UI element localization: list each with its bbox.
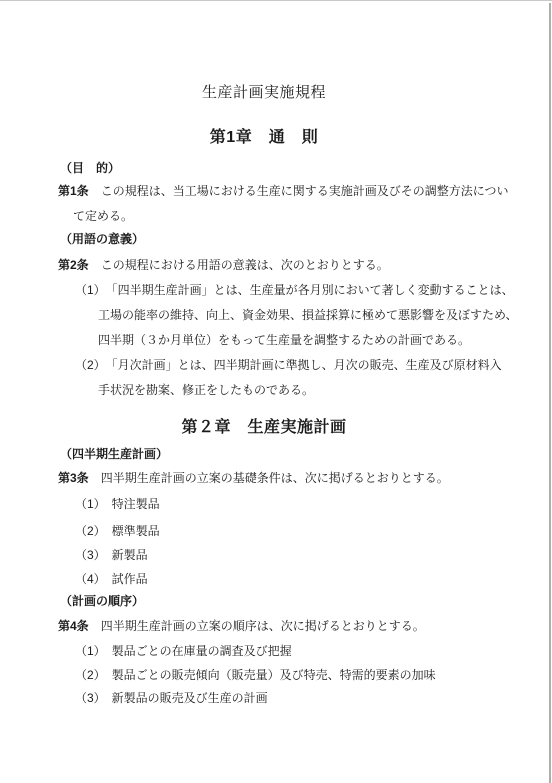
document-page: 生産計画実施規程第1章 通 則（目 的）第1条 この規程は、当工場における生産に… <box>0 0 552 783</box>
line-text: （1） 特注製品 <box>75 497 160 511</box>
item-line: （1） 製品ごとの在庫量の調査及び把握 <box>75 644 292 659</box>
section-label: （計画の順序） <box>60 594 144 609</box>
chapter-heading: 第２章 生産実施計画 <box>0 420 528 435</box>
line-text: 手状況を勘案、修正をしたものである。 <box>98 383 314 397</box>
item-line: （2） 標準製品 <box>75 524 160 539</box>
line-text: （計画の順序） <box>60 594 144 608</box>
page-right-edge <box>549 3 551 783</box>
article-number: 第2条 <box>58 258 89 272</box>
line-text: （2） 製品ごとの販売傾向（販売量）及び特売、特需的要素の加味 <box>75 668 436 682</box>
article-number: 第1条 <box>58 184 89 198</box>
item-line: （3） 新製品の販売及び生産の計画 <box>75 691 268 706</box>
continuation-line: て定める。 <box>73 209 133 224</box>
line-text: （4） 試作品 <box>75 572 148 586</box>
line-text: （1） 「四半期生産計画」とは、生産量が各月別において著しく変動することは、 <box>75 283 514 297</box>
continuation-line: 四半期（３か月単位）をもって生産量を調整するための計画である。 <box>98 333 470 348</box>
article-number: 第3条 <box>58 471 89 485</box>
article-line: 第2条 この規程における用語の意義は、次のとおりとする。 <box>58 258 389 273</box>
item-line: （2） 製品ごとの販売傾向（販売量）及び特売、特需的要素の加味 <box>75 668 436 683</box>
line-text: て定める。 <box>73 209 133 223</box>
chapter-heading: 第1章 通 則 <box>0 130 528 145</box>
article-number: 第4条 <box>58 619 89 633</box>
section-label: （用語の意義） <box>60 232 144 247</box>
continuation-line: 手状況を勘案、修正をしたものである。 <box>98 383 314 398</box>
page-top-edge <box>0 0 552 1</box>
line-text: 第1章 通 則 <box>210 129 318 146</box>
section-label: （目 的） <box>60 161 120 176</box>
item-line: （1） 特注製品 <box>75 497 160 512</box>
line-text: （用語の意義） <box>60 232 144 246</box>
item-line: （4） 試作品 <box>75 572 148 587</box>
line-text: この規程における用語の意義は、次のとおりとする。 <box>89 258 389 272</box>
line-text: （2） 標準製品 <box>75 524 160 538</box>
continuation-line: 工場の能率の維持、向上、資金効果、損益採算に極めて悪影響を及ぼすため、 <box>98 308 518 323</box>
line-text: （目 的） <box>60 161 120 175</box>
line-text: 工場の能率の維持、向上、資金効果、損益採算に極めて悪影響を及ぼすため、 <box>98 308 518 322</box>
item-line: （2） 「月次計画」とは、四半期計画に準拠し、月次の販売、生産及び原材料入 <box>75 358 502 373</box>
article-line: 第3条 四半期生産計画の立案の基礎条件は、次に掲げるとおりとする。 <box>58 471 449 486</box>
item-line: （1） 「四半期生産計画」とは、生産量が各月別において著しく変動することは、 <box>75 283 514 298</box>
line-text: （1） 製品ごとの在庫量の調査及び把握 <box>75 644 292 658</box>
line-text: 第２章 生産実施計画 <box>181 419 346 436</box>
article-line: 第4条 四半期生産計画の立案の順序は、次に掲げるとおりとする。 <box>58 619 425 634</box>
line-text: 四半期（３か月単位）をもって生産量を調整するための計画である。 <box>98 333 470 347</box>
line-text: （3） 新製品 <box>75 548 148 562</box>
section-label: （四半期生産計画） <box>60 447 168 462</box>
document-title: 生産計画実施規程 <box>0 85 528 100</box>
line-text: （2） 「月次計画」とは、四半期計画に準拠し、月次の販売、生産及び原材料入 <box>75 358 502 372</box>
line-text: この規程は、当工場における生産に関する実施計画及びその調整方法につい <box>89 184 509 198</box>
item-line: （3） 新製品 <box>75 548 148 563</box>
line-text: 四半期生産計画の立案の基礎条件は、次に掲げるとおりとする。 <box>89 471 449 485</box>
line-text: （3） 新製品の販売及び生産の計画 <box>75 691 268 705</box>
line-text: 四半期生産計画の立案の順序は、次に掲げるとおりとする。 <box>89 619 425 633</box>
line-text: （四半期生産計画） <box>60 447 168 461</box>
article-line: 第1条 この規程は、当工場における生産に関する実施計画及びその調整方法につい <box>58 184 508 199</box>
document-title-text: 生産計画実施規程 <box>202 84 326 101</box>
